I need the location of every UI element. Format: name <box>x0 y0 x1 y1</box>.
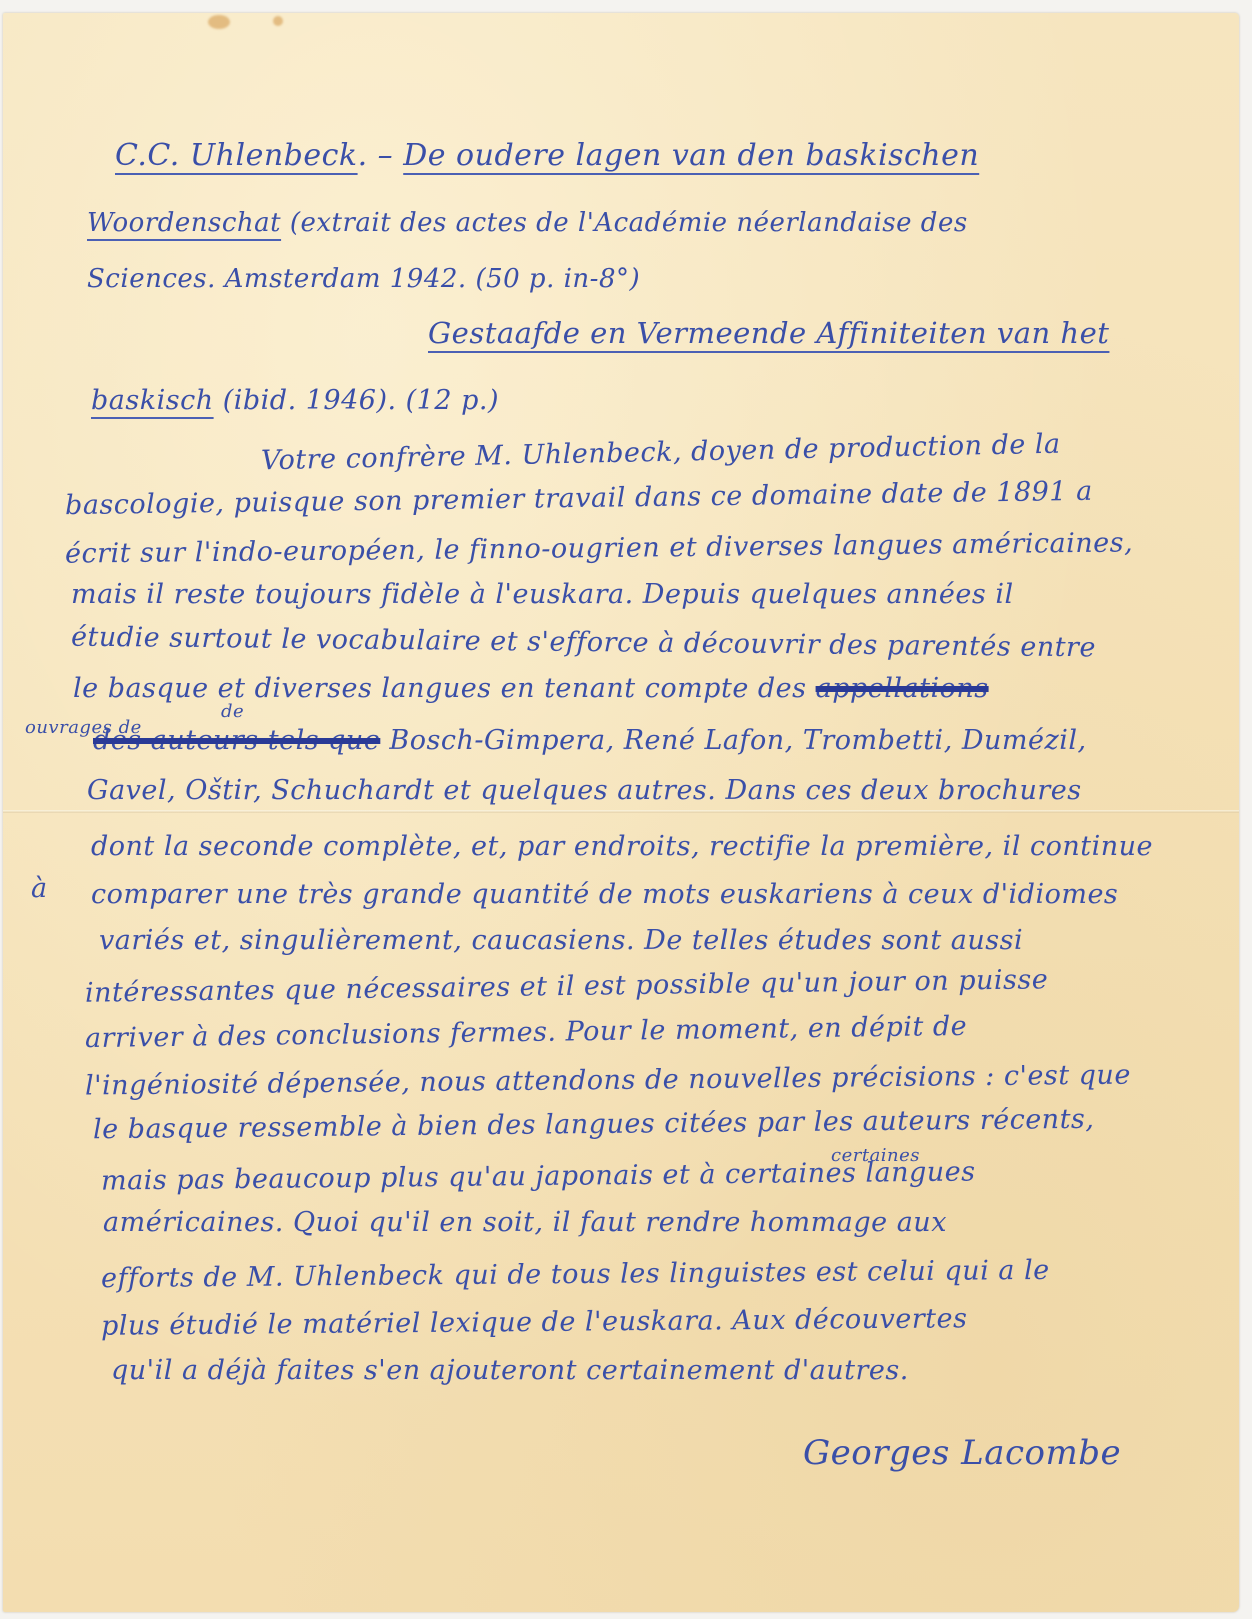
manuscript-page: C.C. Uhlenbeck. – De oudere lagen van de… <box>3 13 1239 1612</box>
publication-details-2: (ibid. 1946). (12 p.) <box>223 385 499 416</box>
publication-info: (extrait des actes de l'Académie néerlan… <box>290 208 968 238</box>
body-text: le basque et diverses langues en tenant … <box>73 673 807 704</box>
body-line: efforts de M. Uhlenbeck qui de tous les … <box>101 1255 1050 1295</box>
cited-title-1: De oudere lagen van den baskischen <box>403 138 979 173</box>
body-line: l'ingéniosité dépensée, nous attendons d… <box>85 1060 1131 1103</box>
body-line: Votre confrère M. Uhlenbeck, doyen de pr… <box>261 429 1061 478</box>
paper-stain <box>208 15 230 29</box>
body-line: qu'il a déjà faites s'en ajouteront cert… <box>111 1355 909 1387</box>
body-line: le basque et diverses langues en tenant … <box>73 673 989 705</box>
body-line: étudie surtout le vocabulaire et s'effor… <box>71 622 1096 665</box>
publication-details: Sciences. Amsterdam 1942. (50 p. in-8°) <box>87 264 640 294</box>
insert-certaines: certaines <box>831 1145 920 1166</box>
body-text: Bosch-Gimpera, René Lafon, Trombetti, Du… <box>389 725 1086 756</box>
signature: Georges Lacombe <box>803 1433 1121 1473</box>
body-line: écrit sur l'indo-européen, le finno-ougr… <box>65 527 1133 570</box>
header-line-4: Gestaafde en Vermeende Affiniteiten van … <box>428 317 1109 349</box>
cited-author: C.C. Uhlenbeck <box>115 138 358 173</box>
body-line: intéressantes que nécessaires et il est … <box>85 964 1049 1009</box>
body-line: dont la seconde complète, et, par endroi… <box>91 831 1153 863</box>
insert-above: de <box>221 701 244 722</box>
header-line-3: Sciences. Amsterdam 1942. (50 p. in-8°) <box>87 263 640 295</box>
header-line-2: Woordenschat (extrait des actes de l'Aca… <box>87 207 968 239</box>
body-line: le basque ressemble à bien des langues c… <box>93 1104 1095 1146</box>
cited-title-2-end: baskisch <box>91 385 214 416</box>
body-line: arriver à des conclusions fermes. Pour l… <box>85 1011 968 1055</box>
body-line: bascologie, puisque son premier travail … <box>65 476 1093 522</box>
header-separator: . – <box>358 138 394 173</box>
body-line: des auteurs tels que Bosch-Gimpera, René… <box>93 725 1087 757</box>
margin-letter: à <box>31 873 48 905</box>
cited-title-1-end: Woordenschat <box>87 208 281 238</box>
body-line: plus étudié le matériel lexique de l'eus… <box>101 1303 968 1343</box>
body-line: comparer une très grande quantité de mot… <box>91 879 1118 911</box>
body-line: américaines. Quoi qu'il en soit, il faut… <box>103 1207 947 1239</box>
body-line: Gavel, Oštir, Schuchardt et quelques aut… <box>87 775 1082 807</box>
struck-phrase: des auteurs tels que <box>93 725 380 756</box>
paper-stain <box>273 16 283 26</box>
header-line-1: C.C. Uhlenbeck. – De oudere lagen van de… <box>115 140 979 172</box>
paper-fold-line <box>3 810 1239 813</box>
body-line: variés et, singulièrement, caucasiens. D… <box>99 925 1023 957</box>
body-line: mais il reste toujours fidèle à l'euskar… <box>71 579 1014 611</box>
header-line-5: baskisch (ibid. 1946). (12 p.) <box>91 385 499 417</box>
struck-word: appellations <box>816 673 989 704</box>
cited-title-2: Gestaafde en Vermeende Affiniteiten van … <box>428 316 1109 350</box>
